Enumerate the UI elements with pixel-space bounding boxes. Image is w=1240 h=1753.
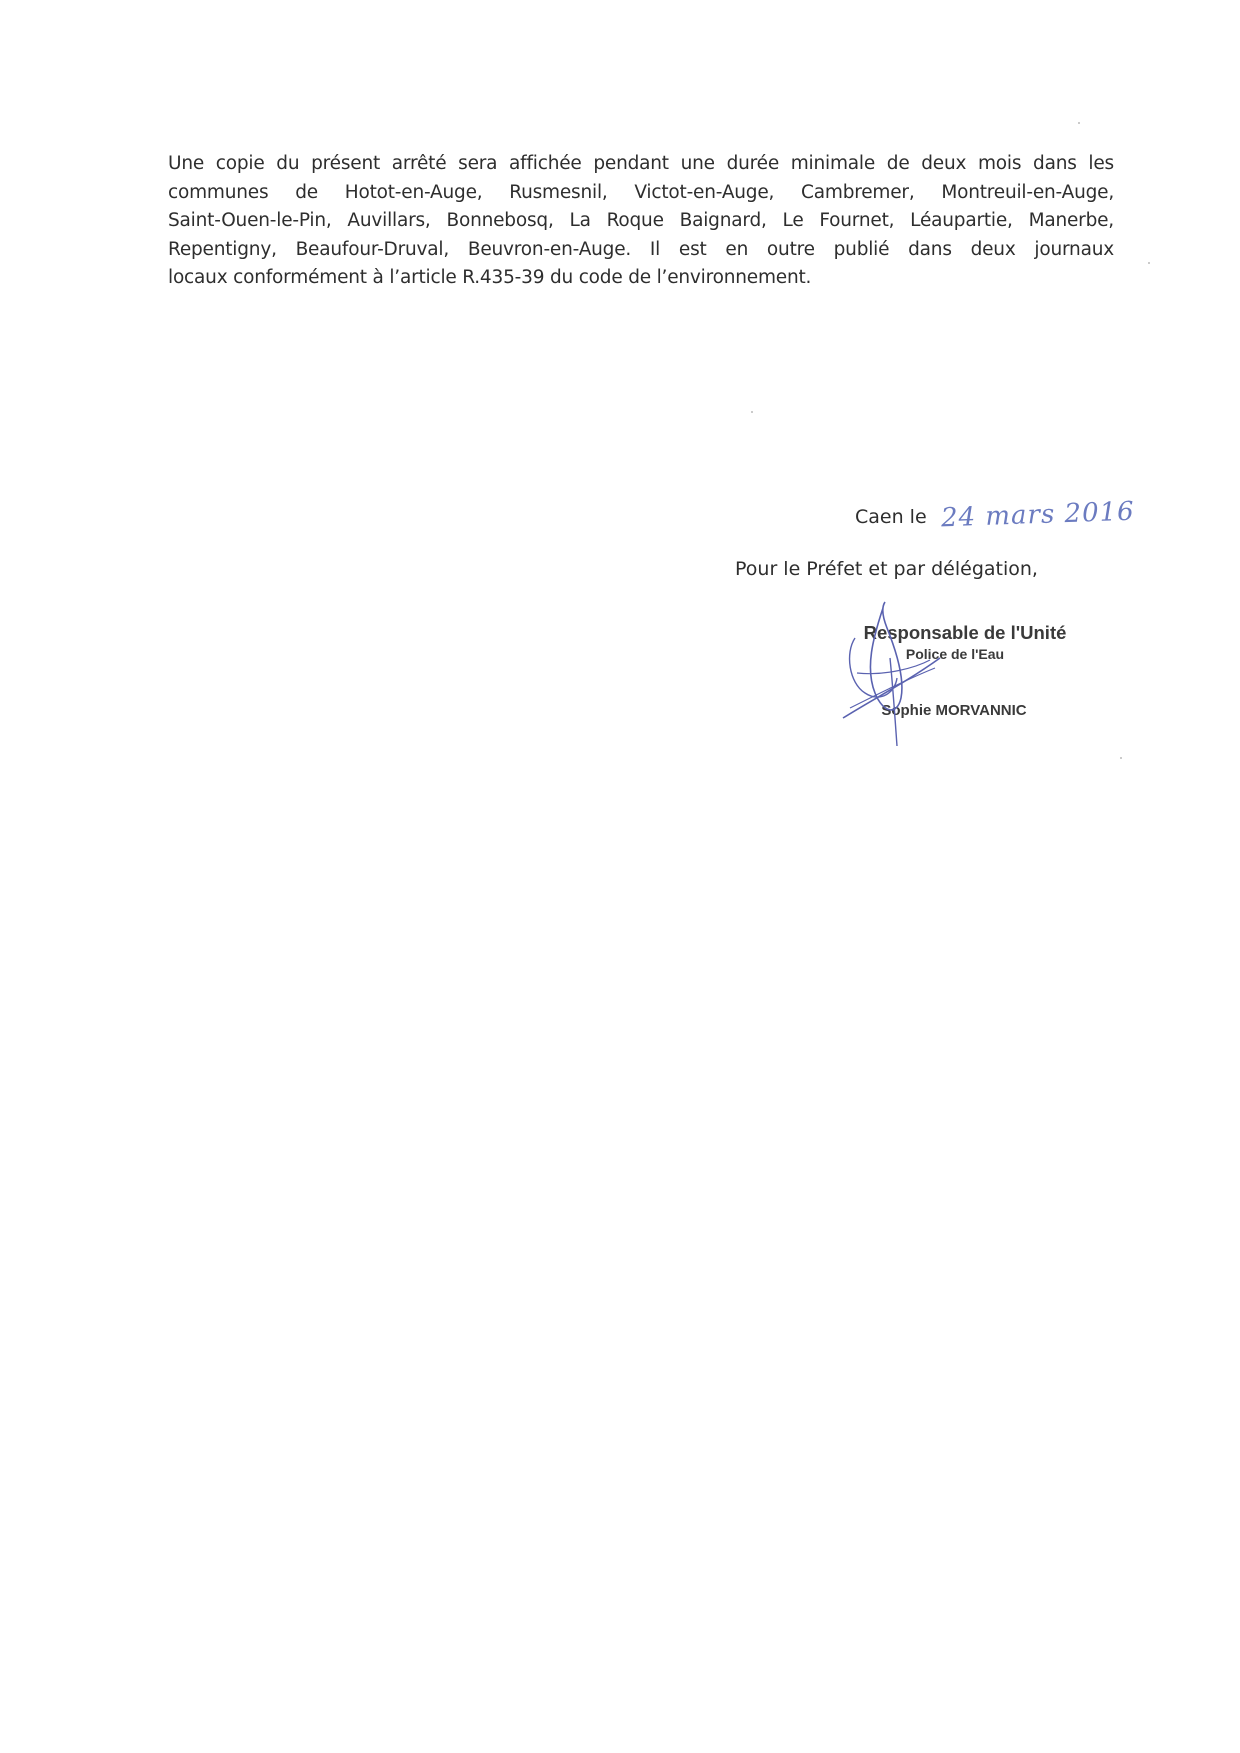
place-label: Caen le [855, 506, 927, 528]
scan-speck [1148, 262, 1150, 264]
scan-speck [1078, 122, 1080, 124]
publication-paragraph: Une copie du présent arrêté sera affiché… [168, 150, 1114, 293]
delegation-line: Pour le Préfet et par délégation, [735, 558, 1038, 580]
scan-speck [1120, 757, 1122, 759]
paragraph-line: Une copie du présent arrêté sera affiché… [168, 150, 1114, 179]
signature-icon [835, 598, 955, 748]
scan-speck [751, 411, 753, 413]
document-page: Une copie du présent arrêté sera affiché… [0, 0, 1240, 1753]
paragraph-line: Saint-Ouen-le-Pin, Auvillars, Bonnebosq,… [168, 207, 1114, 236]
paragraph-line: locaux conformément à l’article R.435-39… [168, 264, 1114, 293]
paragraph-line: Repentigny, Beaufour-Druval, Beuvron-en-… [168, 236, 1114, 265]
handwritten-date: 24 mars 2016 [940, 497, 1135, 534]
paragraph-line: communes de Hotot-en-Auge, Rusmesnil, Vi… [168, 179, 1114, 208]
place-date: Caen le 24 mars 2016 [855, 500, 1134, 530]
